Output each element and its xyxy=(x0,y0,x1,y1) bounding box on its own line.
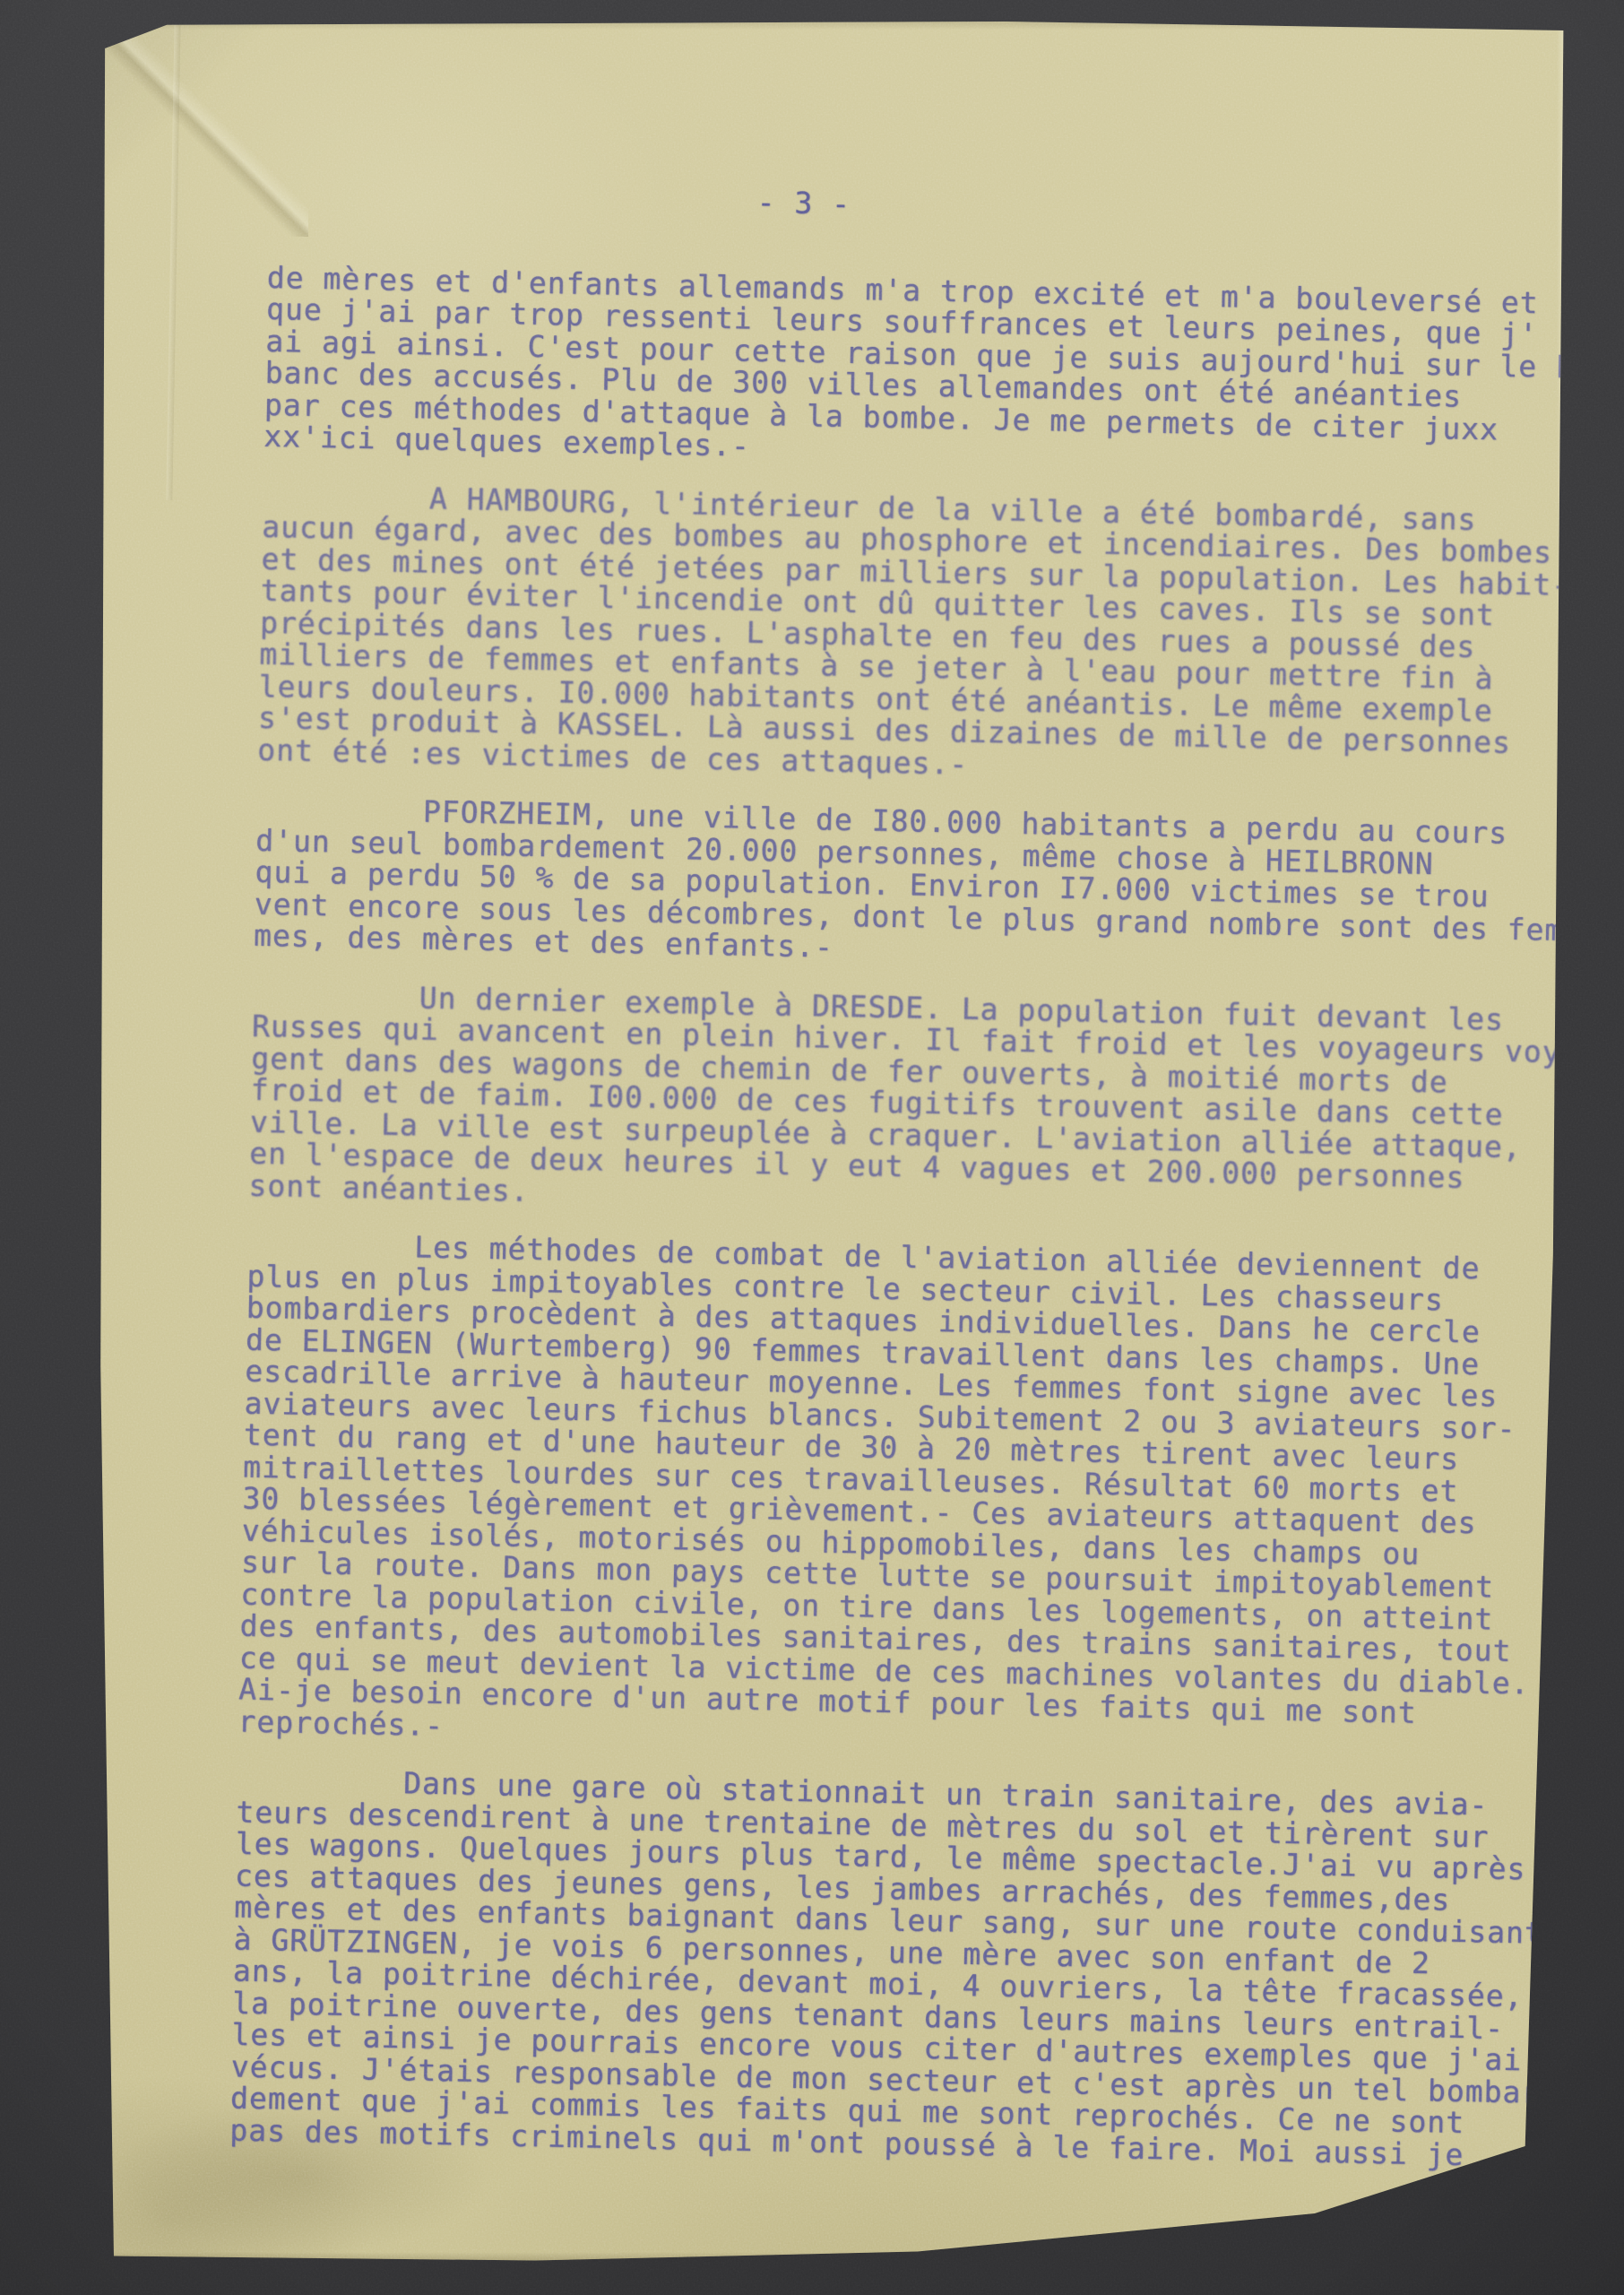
paper-fold-line xyxy=(166,22,180,500)
paragraph: Dans une gare où stationnait un train sa… xyxy=(229,1763,1565,2172)
paragraph: PFORZHEIM, une ville de I80.000 habitant… xyxy=(254,792,1565,979)
scan-photo-canvas: { "colors": { "background": "#39393b", "… xyxy=(0,0,1624,2295)
paragraph: Les méthodes de combat de l'aviation all… xyxy=(238,1228,1565,1764)
paragraph: Un dernier exemple à DRESDE. La populati… xyxy=(248,978,1565,1228)
page-body: de mères et d'enfants allemands m'a trop… xyxy=(229,261,1565,2172)
typewritten-text: - 3 - de mères et d'enfants allemands m'… xyxy=(229,177,1565,2200)
document-page: - 3 - de mères et d'enfants allemands m'… xyxy=(93,22,1565,2263)
paragraph: de mères et d'enfants allemands m'a trop… xyxy=(263,261,1565,479)
paragraph: A HAMBOURG, l'intérieur de la ville a ét… xyxy=(257,479,1565,792)
page-number: - 3 - xyxy=(756,186,1565,236)
